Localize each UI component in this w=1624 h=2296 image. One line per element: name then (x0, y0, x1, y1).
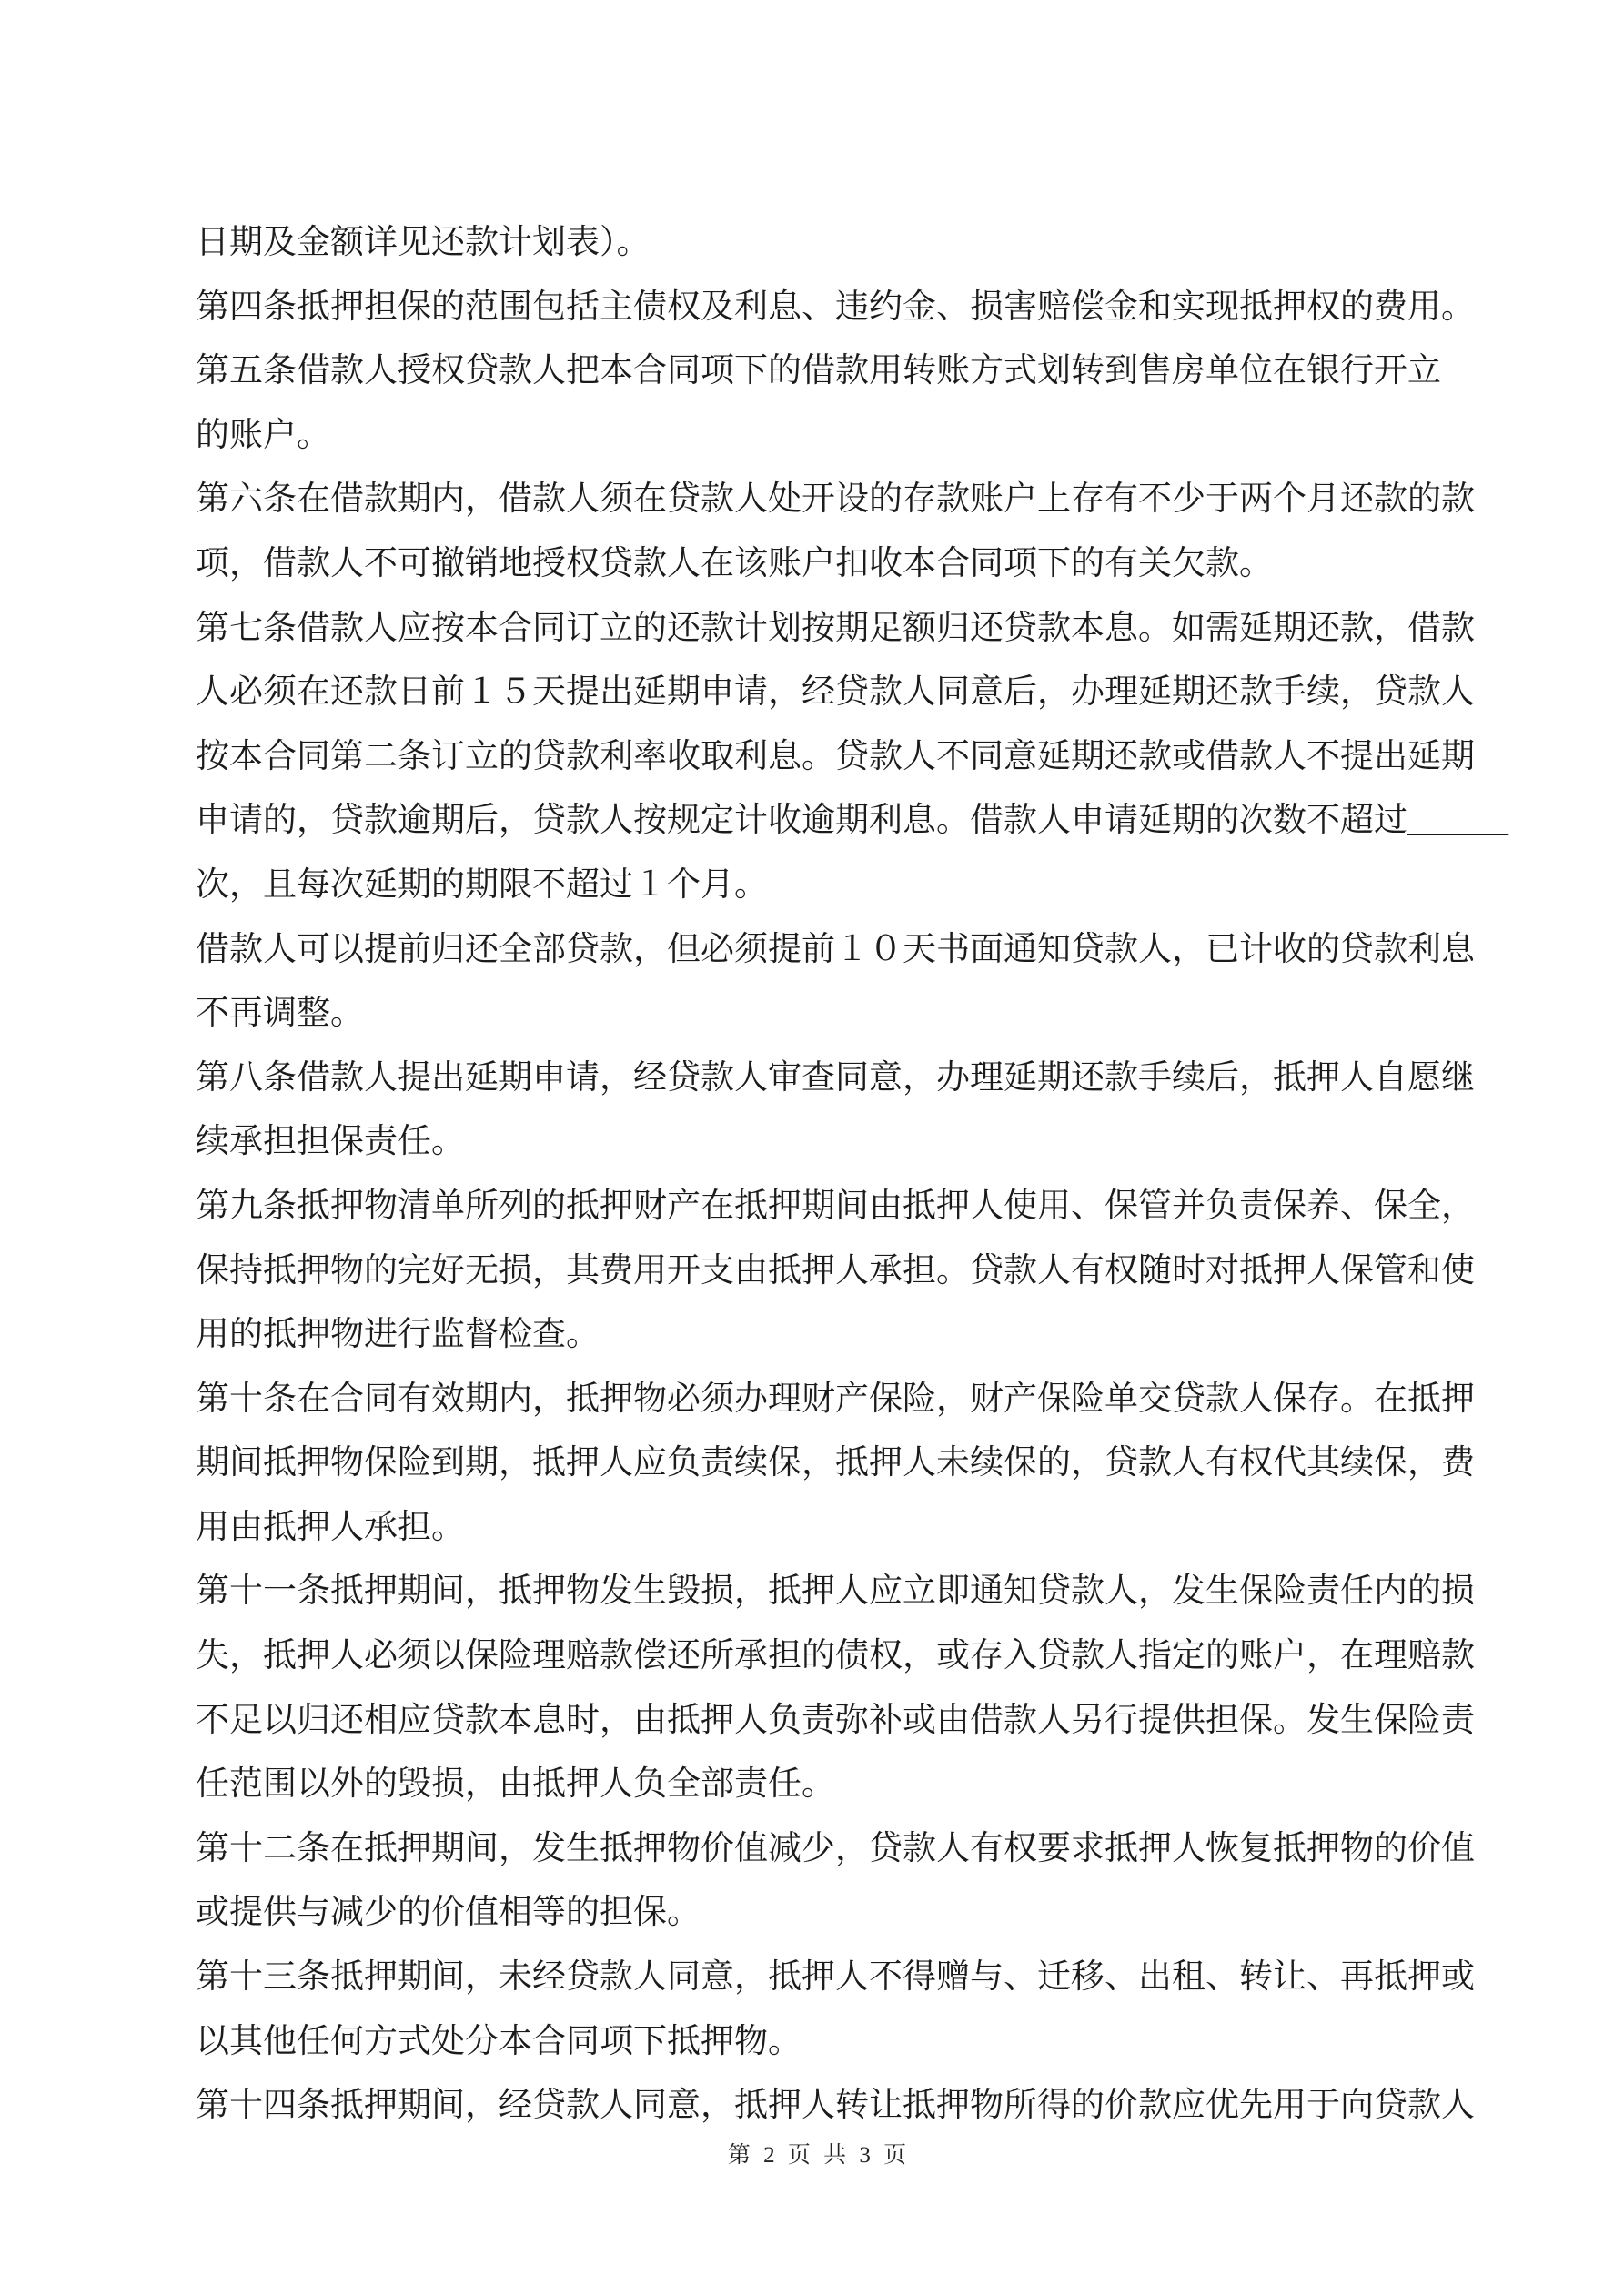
text-line: 用由抵押人承担。 (196, 1496, 1442, 1561)
text-line: 续承担担保责任。 (196, 1110, 1442, 1175)
contract-page: 日期及金额详见还款计划表）。 第四条抵押担保的范围包括主债权及利息、违约金、损害… (0, 0, 1624, 2296)
text-line: 不再调整。 (196, 982, 1442, 1047)
text-line: 第五条借款人授权贷款人把本合同项下的借款用转账方式划转到售房单位在银行开立 (196, 339, 1442, 404)
text-line: 第十条在合同有效期内，抵押物必须办理财产保险，财产保险单交贷款人保存。在抵押 (196, 1368, 1442, 1432)
text-line: 第四条抵押担保的范围包括主债权及利息、违约金、损害赔偿金和实现抵押权的费用。 (196, 276, 1442, 340)
document-body: 日期及金额详见还款计划表）。 第四条抵押担保的范围包括主债权及利息、违约金、损害… (196, 211, 1442, 2139)
text-line: 用的抵押物进行监督检查。 (196, 1303, 1442, 1368)
text-line: 按本合同第二条订立的贷款利率收取利息。贷款人不同意延期还款或借款人不提出延期 (196, 725, 1442, 790)
text-line: 日期及金额详见还款计划表）。 (196, 211, 1442, 276)
text-line: 第十二条在抵押期间，发生抵押物价值减少，贷款人有权要求抵押人恢复抵押物的价值 (196, 1817, 1442, 1882)
text-line: 借款人可以提前归还全部贷款，但必须提前１０天书面通知贷款人，已计收的贷款利息 (196, 918, 1442, 983)
text-line: 项，借款人不可撤销地授权贷款人在该账户扣收本合同项下的有关欠款。 (196, 532, 1442, 597)
text-line: 的账户。 (196, 404, 1442, 469)
text-line: 人必须在还款日前１５天提出延期申请，经贷款人同意后，办理延期还款手续，贷款人 (196, 661, 1442, 725)
text-line: 第十三条抵押期间，未经贷款人同意，抵押人不得赠与、迁移、出租、转让、再抵押或 (196, 1946, 1442, 2010)
text-line: 次，且每次延期的期限不超过１个月。 (196, 854, 1442, 918)
text-line: 或提供与减少的价值相等的担保。 (196, 1881, 1442, 1946)
text-line: 不足以归还相应贷款本息时，由抵押人负责弥补或由借款人另行提供担保。发生保险责 (196, 1689, 1442, 1754)
text-line: 期间抵押物保险到期，抵押人应负责续保，抵押人未续保的，贷款人有权代其续保，费 (196, 1431, 1442, 1496)
text-line: 第九条抵押物清单所列的抵押财产在抵押期间由抵押人使用、保管并负责保养、保全， (196, 1175, 1442, 1239)
page-number: 第 2 页 共 3 页 (196, 2140, 1442, 2171)
text-line: 申请的，贷款逾期后，贷款人按规定计收逾期利息。借款人申请延期的次数不超过____… (196, 789, 1442, 854)
text-line: 任范围以外的毁损，由抵押人负全部责任。 (196, 1753, 1442, 1817)
text-line: 保持抵押物的完好无损，其费用开支由抵押人承担。贷款人有权随时对抵押人保管和使 (196, 1239, 1442, 1304)
text-line: 第六条在借款期内，借款人须在贷款人处开设的存款账户上存有不少于两个月还款的款 (196, 468, 1442, 532)
text-line: 第七条借款人应按本合同订立的还款计划按期足额归还贷款本息。如需延期还款，借款 (196, 597, 1442, 662)
text-line: 以其他任何方式处分本合同项下抵押物。 (196, 2010, 1442, 2075)
text-line: 失，抵押人必须以保险理赔款偿还所承担的债权，或存入贷款人指定的账户，在理赔款 (196, 1624, 1442, 1689)
text-line: 第十一条抵押期间，抵押物发生毁损，抵押人应立即通知贷款人，发生保险责任内的损 (196, 1560, 1442, 1624)
text-line: 第八条借款人提出延期申请，经贷款人审查同意，办理延期还款手续后，抵押人自愿继 (196, 1047, 1442, 1111)
text-line: 第十四条抵押期间，经贷款人同意，抵押人转让抵押物所得的价款应优先用于向贷款人 (196, 2074, 1442, 2139)
